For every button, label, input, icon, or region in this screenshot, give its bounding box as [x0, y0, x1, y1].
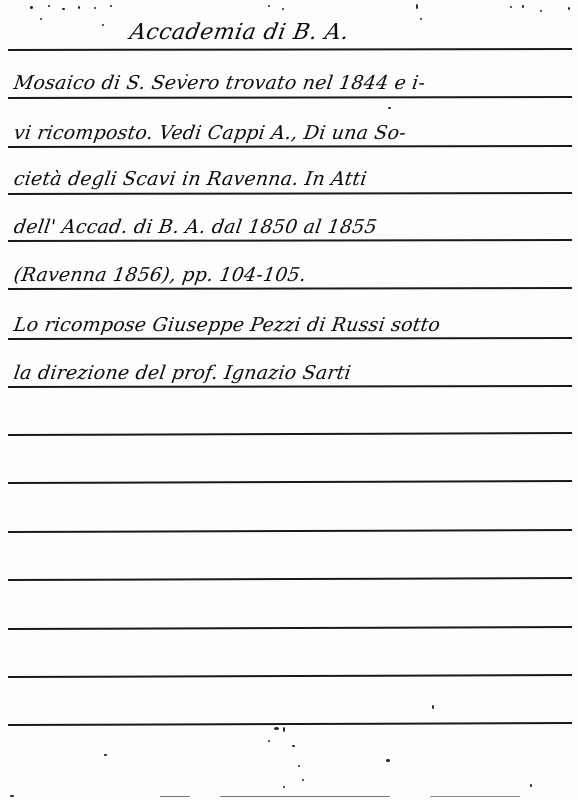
- ruled-line: [8, 145, 572, 148]
- scan-speck: [48, 5, 50, 7]
- scan-speck: [104, 754, 107, 756]
- ruled-line: [8, 674, 572, 678]
- scan-speck: [220, 796, 390, 797]
- ruled-line: [8, 48, 572, 51]
- ruled-line: [8, 722, 572, 726]
- scan-speck: [432, 705, 434, 709]
- ruled-line: [8, 432, 572, 436]
- scan-speck: [274, 727, 279, 730]
- scan-speck: [102, 24, 104, 26]
- ruled-line: [8, 337, 572, 340]
- ruled-line: [8, 192, 572, 195]
- card-heading: Accademia di B. A.: [128, 20, 351, 45]
- scan-speck: [268, 5, 270, 7]
- scan-speck: [420, 18, 422, 20]
- handwritten-line: vi ricomposto. Vedi Cappi A., Di una So-: [12, 122, 571, 144]
- scan-speck: [522, 5, 524, 8]
- ruled-line: [8, 96, 572, 99]
- ruled-line: [8, 480, 572, 484]
- index-card: Accademia di B. A. Mosaico di S. Severo …: [0, 0, 578, 800]
- scan-speck: [110, 5, 112, 7]
- scan-speck: [283, 786, 285, 788]
- scan-speck: [568, 7, 570, 10]
- scan-speck: [510, 6, 512, 8]
- ruled-line: [8, 577, 572, 581]
- ruled-line: [8, 529, 572, 533]
- handwritten-line: Lo ricompose Giuseppe Pezzi di Russi sot…: [12, 314, 571, 336]
- scan-speck: [10, 795, 14, 797]
- scan-speck: [416, 4, 418, 9]
- scan-speck: [302, 779, 304, 781]
- ruled-line: [8, 239, 572, 242]
- scan-speck: [298, 765, 300, 767]
- scan-speck: [430, 796, 520, 797]
- scan-speck: [292, 745, 295, 747]
- handwritten-line: cietà degli Scavi in Ravenna. In Atti: [12, 168, 571, 190]
- handwritten-line: (Ravenna 1856), pp. 104-105.: [12, 264, 571, 286]
- scan-speck: [386, 759, 390, 762]
- handwritten-line: la direzione del prof. Ignazio Sarti: [12, 362, 571, 384]
- scan-speck: [40, 18, 42, 20]
- scan-speck: [540, 10, 542, 12]
- scan-speck: [94, 7, 96, 9]
- scan-speck: [30, 6, 33, 9]
- scan-speck: [62, 8, 65, 10]
- ruled-line: [8, 385, 572, 388]
- scan-speck: [160, 796, 190, 797]
- ruled-line: [8, 287, 572, 290]
- handwritten-line: Mosaico di S. Severo trovato nel 1844 e …: [12, 72, 571, 94]
- scan-speck: [268, 740, 270, 742]
- scan-speck: [282, 8, 284, 10]
- handwritten-line: dell' Accad. di B. A. dal 1850 al 1855: [12, 216, 571, 238]
- scan-speck: [388, 107, 391, 109]
- ruled-line: [8, 626, 572, 630]
- scan-speck: [78, 6, 80, 9]
- scan-speck: [283, 727, 285, 732]
- scan-speck: [530, 784, 532, 787]
